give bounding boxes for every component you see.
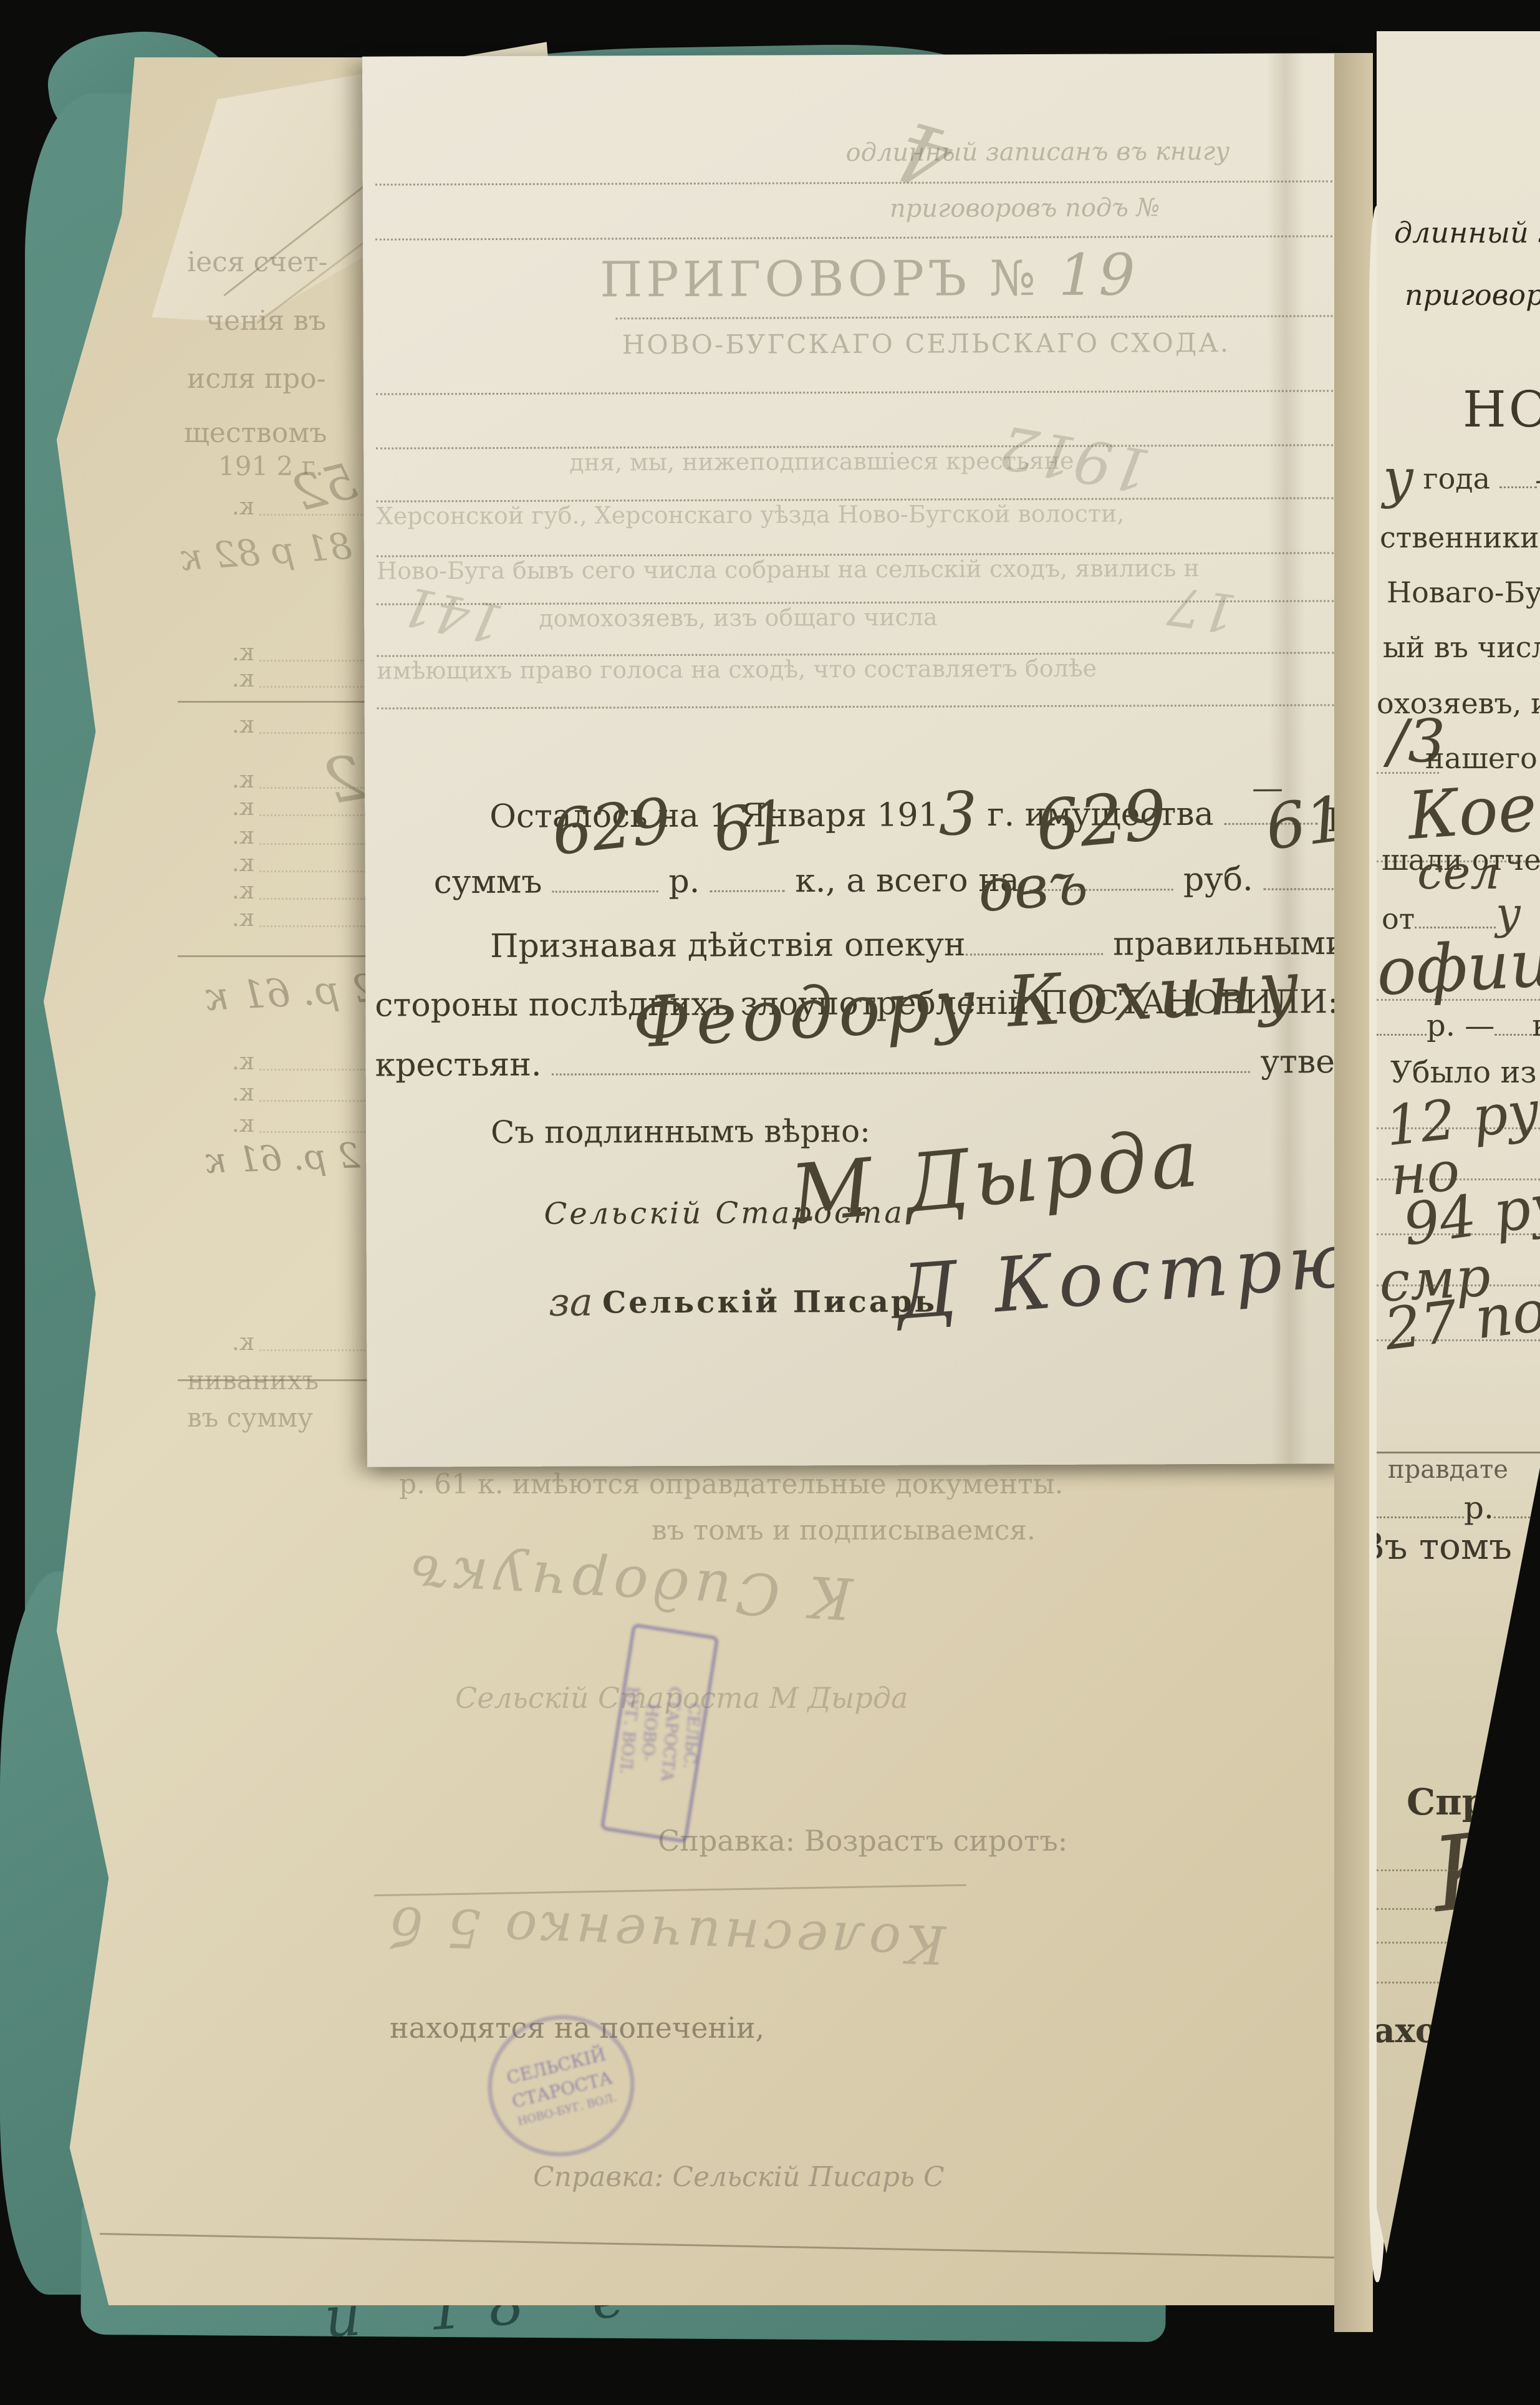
- bleed-amount-row: р.к.: [187, 904, 393, 932]
- dotted-rule: [377, 704, 1334, 709]
- ghost-form-mark-1912: 1912: [996, 416, 1154, 500]
- dotted-rule: [1377, 1233, 1540, 1235]
- decision-line-2: суммъ 629 р. 61 к., а всего на 629 руб. …: [434, 860, 1345, 900]
- ghost-form-line-3: Ново-Буга бывъ сего числа собраны на сел…: [377, 556, 1200, 584]
- ghost-docs-line-1: р. 61 к. имѣются оправдательные документ…: [399, 1470, 1064, 1499]
- bleed-line-3: исля про-: [187, 365, 326, 393]
- bleed-line-1: іеся счет-: [187, 248, 327, 277]
- pisar-za: за: [549, 1283, 593, 1321]
- bleed-line-4: ществомъ: [184, 419, 327, 448]
- ghost-register-number: 4: [888, 108, 960, 201]
- rp-line-svi: Сви: [1456, 2175, 1524, 2209]
- certify-line: Съ подлиннымъ вѣрно:: [491, 1115, 870, 1149]
- rp-script-k: К: [1428, 1817, 1518, 1927]
- bleed-amount-row: р.к.: [187, 822, 393, 849]
- bleed-amount-row: р.к.: [187, 493, 393, 520]
- archival-photo: { "colors":{"bg":"#0c0c0b","teal":"#5785…: [0, 0, 1540, 2405]
- rp-line-nashego: нашего: [1425, 743, 1538, 773]
- dotted-rule: [1377, 1982, 1540, 1983]
- pisar-label: Сельскій Писарь: [602, 1286, 937, 1319]
- bleed-amount-row: р.к.: [187, 665, 393, 692]
- hw-sum-2: 61: [714, 821, 789, 832]
- dotted-rule: [375, 235, 1332, 240]
- bleed-amount-row: р.к.: [187, 1110, 393, 1137]
- bleed-rule-2: [178, 955, 396, 957]
- bleed-rule-1: [178, 701, 396, 703]
- rp-line-nakhod: находятся: [1349, 2013, 1540, 2048]
- rp-upside-fragment: правдате: [1388, 1457, 1531, 1483]
- dotted-rule: [1377, 1942, 1540, 1944]
- hw-sum-4: 61: [1266, 818, 1344, 828]
- rp-italic-1: длинный зап: [1394, 218, 1540, 247]
- dotted-rule: [616, 315, 1333, 319]
- bleed-amount-row: р.к.: [187, 711, 393, 738]
- dotted-rule: [375, 180, 1332, 185]
- bleed-amount-row: р.к.: [187, 1328, 393, 1356]
- hw-opekun-suffix: овъ: [978, 884, 1087, 892]
- ghost-form-line-5: имѣющихъ право голоса на сходѣ, что сост…: [377, 657, 1097, 684]
- ghost-title: ПРИГОВОРЪ № 19: [600, 253, 1139, 306]
- hw-sum-3: 629: [1036, 814, 1166, 826]
- rp-line-vchisle: ый въ числѣ: [1383, 632, 1540, 662]
- bleed-mark-1261: 12 р. 61 к: [205, 1138, 383, 1179]
- right-page: длинный зап приговоров НОВ у года Іє ств…: [1377, 31, 1540, 2276]
- rp-goda-row: у года Іє: [1383, 463, 1540, 494]
- ghost-form-line-2: Херсонской губ., Херсонскаго уѣзда Ново-…: [377, 501, 1125, 529]
- rp-script-ofice: офице: [1375, 928, 1540, 1005]
- dotted-rule: [1377, 999, 1540, 1001]
- bleed-mark-8182: 81 р 82 к: [180, 528, 353, 576]
- dotted-rule: [1377, 1127, 1540, 1129]
- bleed-amount-row: р.к.: [187, 639, 393, 666]
- rp-line-r2: р.: [1377, 1490, 1538, 1525]
- ghost-form-line-4: домохозяевъ, изъ общаго числа: [539, 605, 938, 632]
- dotted-rule: [1377, 1869, 1540, 1871]
- bleed-amount-row: р.к.: [187, 1048, 393, 1075]
- bleed-amount-row: р.к.: [187, 877, 393, 904]
- main-page: одлинный записанъ въ книгу 4 приговоровъ…: [362, 53, 1345, 1467]
- ghost-register-line-2: приговоровъ подъ №: [890, 195, 1160, 221]
- ghost-form-mark-17: 17: [1165, 578, 1239, 640]
- rp-script-kos: Кое: [1406, 775, 1539, 849]
- ghost-docs-line-2: въ томъ и подписываемся.: [652, 1516, 1036, 1545]
- hw-ward-name: Феодору Кохину: [633, 986, 1304, 1023]
- ghost-form-mark-141: 141: [397, 578, 507, 650]
- bleed-amount-row: р.к.: [187, 849, 393, 877]
- rp-line-rk: р. —к.: [1377, 1009, 1540, 1042]
- hw-sum-1: 629: [552, 821, 671, 834]
- bleed-line-2: ченія въ: [206, 307, 326, 335]
- rp-line-stvenniki: ственники Х: [1380, 523, 1540, 552]
- bleed-bottom-2: въ сумму: [187, 1404, 313, 1432]
- ghost-spravka-pisar: Справка: Сельскій Писарь С: [533, 2164, 945, 2191]
- ghost-subtitle: НОВО-БУГСКАГО СЕЛЬСКАГО СХОДА.: [622, 329, 1231, 359]
- ghost-spravka-age: Справка: Возрастъ сиротъ:: [658, 1826, 1067, 1856]
- bleed-amount-row: р.к.: [187, 1079, 393, 1106]
- right-sliver: [1334, 53, 1373, 2332]
- decision-line-5: крестьян. Феодору Кохину утвердить.: [375, 1043, 1345, 1082]
- bleed-bottom-1: ниванихъ: [187, 1367, 319, 1394]
- rp-italic-2: приговоров: [1405, 281, 1540, 309]
- rp-sheet-edge: [1377, 1452, 1540, 1453]
- rp-line-novago: Новаго-Буга: [1387, 577, 1540, 607]
- rp-line-vtom: Въ томъ: [1358, 1528, 1512, 1566]
- dotted-rule: [1377, 1339, 1540, 1341]
- dotted-rule: [376, 390, 1333, 395]
- rp-heading: НОВ: [1463, 383, 1540, 436]
- dotted-rule: [1377, 1908, 1540, 1910]
